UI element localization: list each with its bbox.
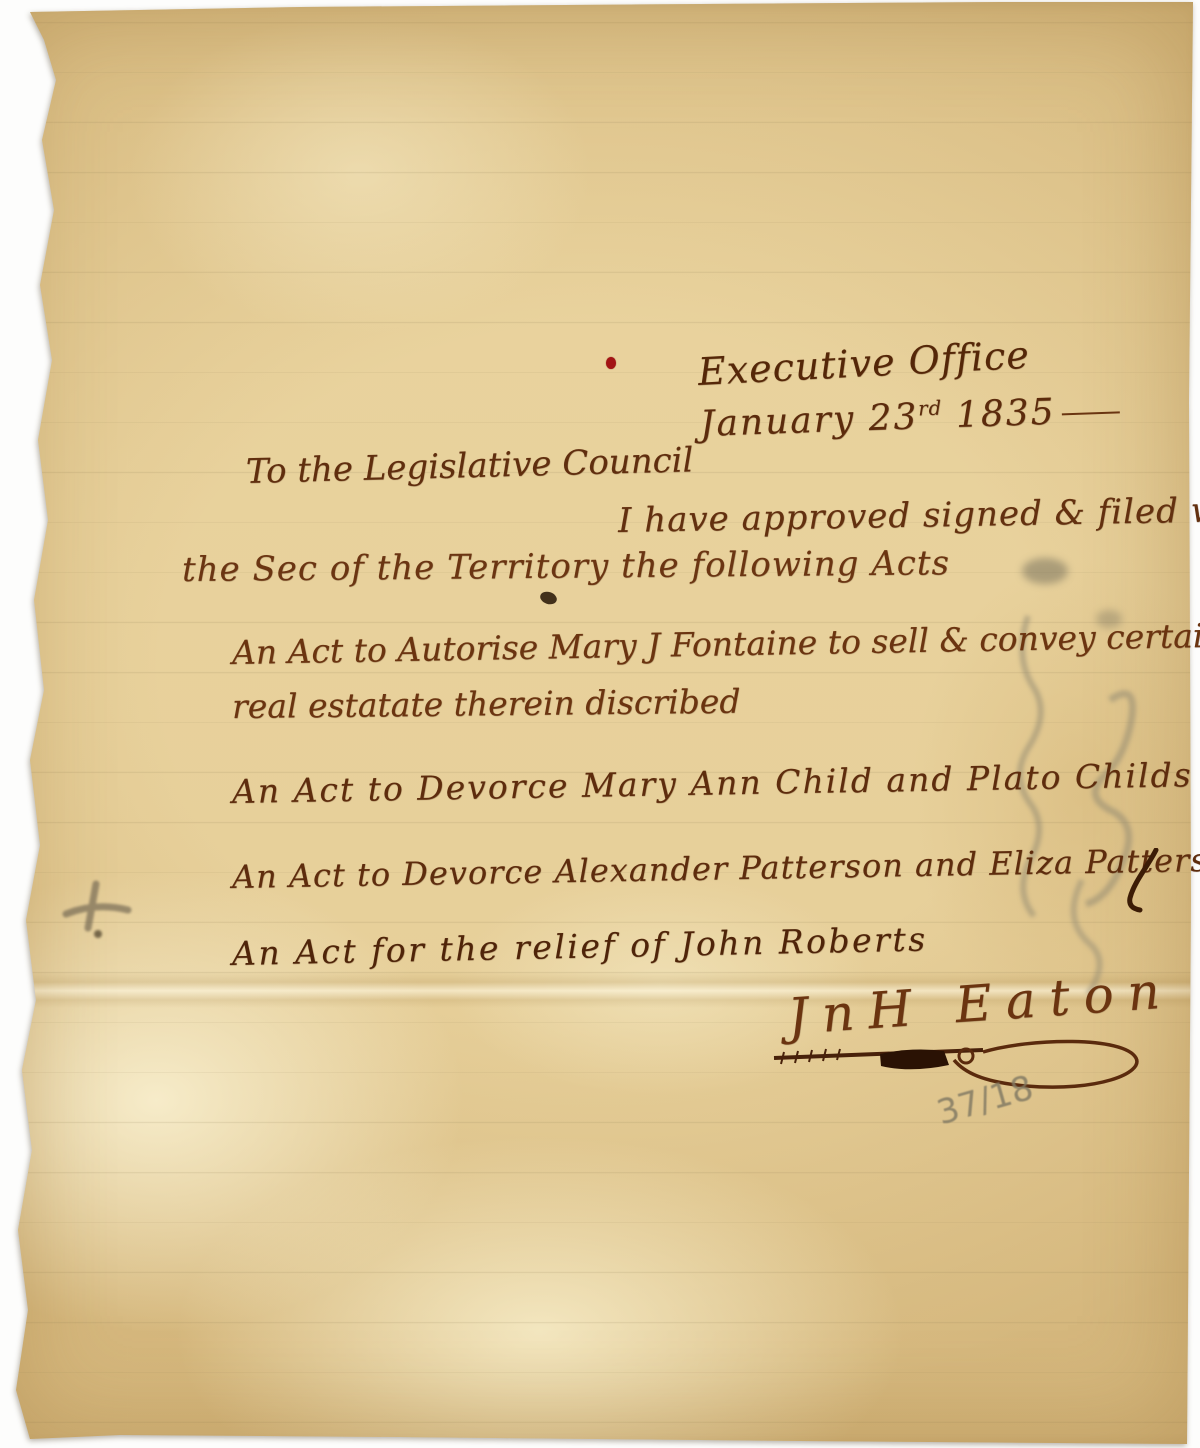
date-ordinal: rd [918, 397, 943, 421]
red-wax-dot [606, 357, 616, 369]
scanned-document: Executive Office January 23rd 1835 To th… [0, 0, 1200, 1448]
act-1-line-2: real estatate therein discribed [232, 682, 741, 726]
pencil-cross-mark [58, 880, 136, 942]
graphite-smudge-top-right [1022, 558, 1068, 584]
date-year: 1835 [955, 392, 1056, 436]
date-flourish-dash [1062, 411, 1120, 415]
date-day: January 23 [699, 396, 919, 445]
graphite-smudge-mid [1096, 610, 1122, 628]
ink-hook-stroke [1118, 848, 1164, 914]
opening-line-2: the Sec of the Territory the following A… [182, 543, 950, 590]
